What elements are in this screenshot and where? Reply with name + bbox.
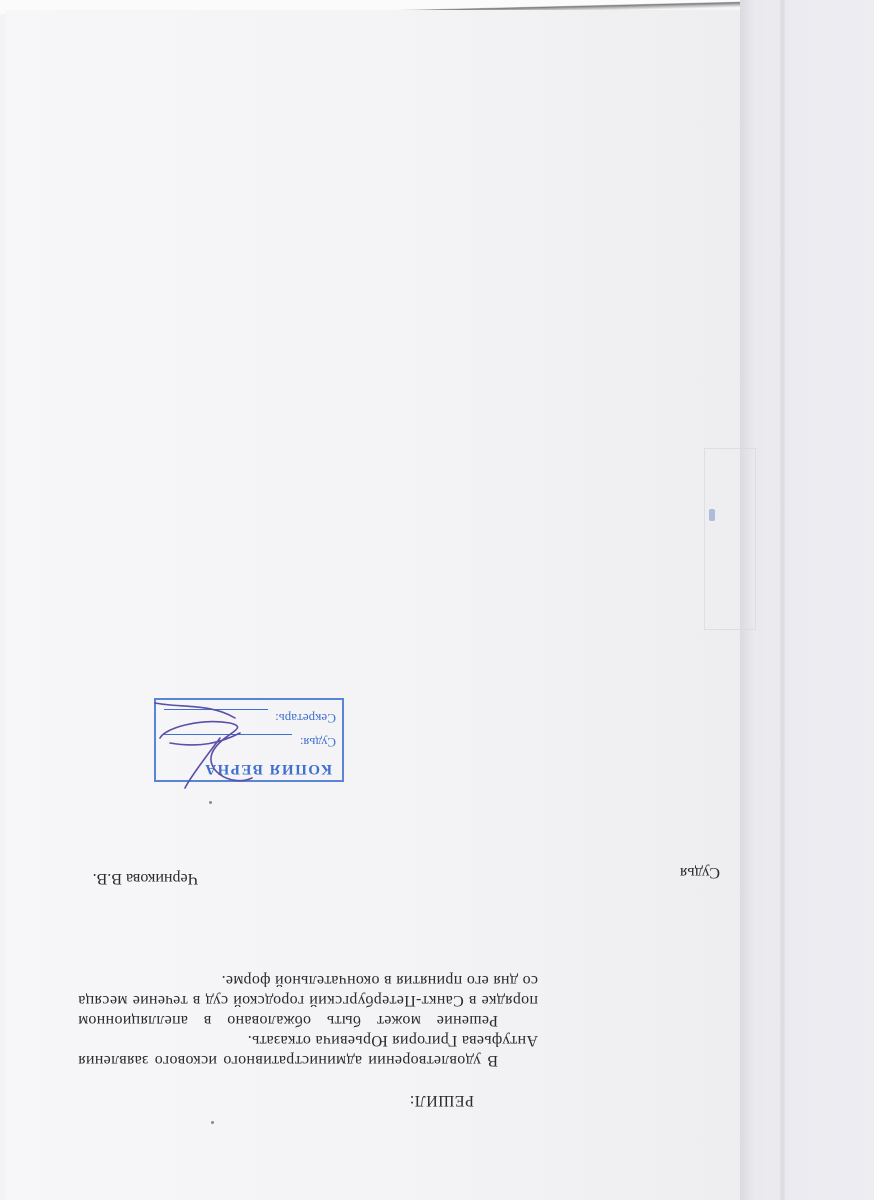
decision-paragraph-appeal: Решение может быть обжаловано в апелляци…	[78, 970, 538, 1030]
judge-label: Судья	[680, 862, 720, 882]
decision-paragraph-refusal: В удовлетворении административного исков…	[78, 1030, 538, 1070]
rotated-document-content: РЕШИЛ: В удовлетворении административног…	[0, 0, 874, 1200]
handwritten-signature-icon	[150, 688, 260, 798]
decision-heading: РЕШИЛ:	[409, 1090, 474, 1110]
stamp-judge-label: Судья:	[300, 734, 336, 750]
stamp-secretary-label: Секретарь:	[275, 710, 336, 726]
paragraph-text: В удовлетворении административного исков…	[78, 1032, 538, 1069]
judge-name: Черникова В.В.	[93, 868, 198, 888]
speck	[211, 1121, 214, 1124]
paragraph-text: Решение может быть обжаловано в апелляци…	[78, 972, 538, 1029]
speck	[209, 801, 212, 804]
